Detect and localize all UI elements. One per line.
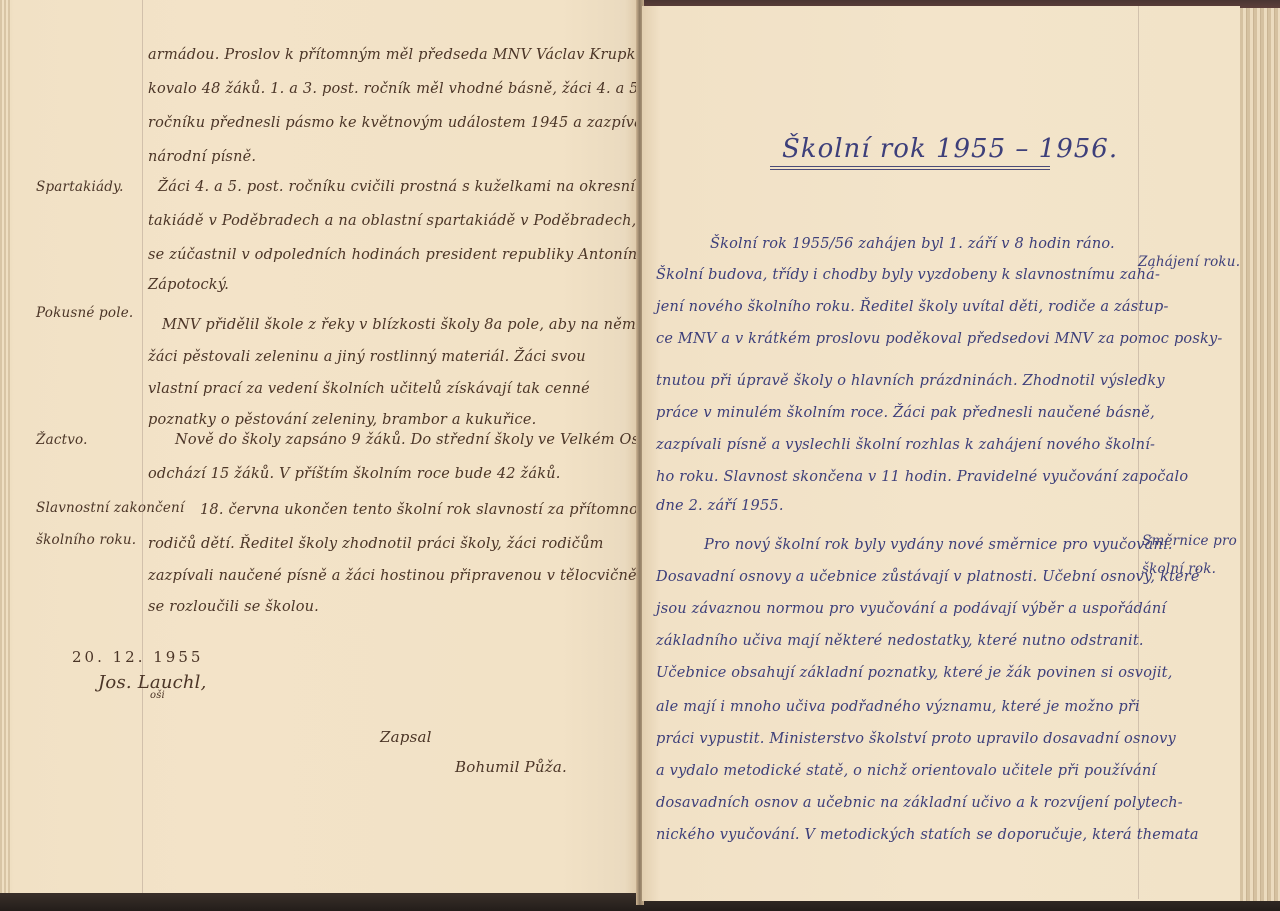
- right-line-13: základního učiva mají některé nedostatky…: [656, 633, 1144, 649]
- left-line-9: MNV přidělil škole z řeky v blízkosti šk…: [162, 317, 636, 333]
- left-line-16: rodičů dětí. Ředitel školy zhodnotil prá…: [148, 536, 604, 552]
- left-line-17: zazpívali naučené písně a žáci hostinou …: [148, 568, 637, 584]
- margin-note-slavnostni-zakonceni: Slavnostní zakončení: [36, 500, 184, 516]
- left-line-6: takiádě v Poděbradech a na oblastní spar…: [148, 213, 638, 229]
- right-line-11: Dosavadní osnovy a učebnice zůstávají v …: [656, 569, 1200, 585]
- right-line-2: Školní budova, třídy i chodby byly vyzdo…: [656, 267, 1160, 283]
- left-line-8: Zápotocký.: [148, 277, 229, 293]
- right-line-19: nického vyučování. V metodických statích…: [656, 827, 1199, 843]
- right-line-7: zazpívali písně a vyslechli školní rozhl…: [656, 437, 1155, 453]
- left-margin-rule: [142, 0, 143, 893]
- right-line-1: Školní rok 1955/56 zahájen byl 1. září v…: [710, 236, 1115, 252]
- left-line-2: kovalo 48 žáků. 1. a 3. post. ročník měl…: [148, 81, 638, 97]
- left-page-stack-edge: [0, 0, 12, 893]
- right-page-stack-edge: [1240, 8, 1280, 901]
- right-line-3: jení nového školního roku. Ředitel školy…: [656, 299, 1169, 315]
- margin-note-skolniho-roku: školního roku.: [36, 532, 136, 548]
- margin-note-zactvo: Žactvo.: [36, 432, 88, 448]
- right-line-10: Pro nový školní rok byly vydány nové smě…: [704, 537, 1173, 553]
- margin-note-spartakiady: Spartakiády.: [36, 179, 124, 195]
- right-line-9: dne 2. září 1955.: [656, 498, 784, 514]
- left-line-4: národní písně.: [148, 149, 256, 165]
- recorded-by-signature: Bohumil Půža.: [455, 758, 567, 776]
- left-line-7: se zúčastnil v odpoledních hodinách pres…: [148, 247, 637, 263]
- right-line-14: Učebnice obsahují základní poznatky, kte…: [656, 665, 1173, 681]
- right-line-17: a vydalo metodické statě, o nichž orient…: [656, 763, 1156, 779]
- left-line-12: poznatky o pěstování zeleniny, brambor a…: [148, 412, 536, 428]
- left-line-10: žáci pěstovali zeleninu a jiný rostlinný…: [148, 349, 586, 365]
- inspection-date: 20. 12. 1955: [72, 648, 203, 666]
- right-line-8: ho roku. Slavnost skončena v 11 hodin. P…: [656, 469, 1188, 485]
- title-underline-1: [770, 166, 1050, 167]
- right-line-6: práce v minulém školním roce. Žáci pak p…: [656, 405, 1155, 421]
- right-line-12: jsou závaznou normou pro vyučování a pod…: [656, 601, 1166, 617]
- margin-note-pokusne-pole: Pokusné pole.: [36, 305, 133, 321]
- inspector-title: oši: [150, 690, 165, 701]
- left-line-15: 18. června ukončen tento školní rok slav…: [200, 502, 638, 518]
- margin-note-smernice: Směrnice pro nový: [1142, 533, 1240, 549]
- title-underline-2: [770, 169, 1050, 170]
- left-line-1: armádou. Proslov k přítomným měl předsed…: [148, 47, 638, 63]
- page-title: Školní rok 1955 – 1956.: [782, 134, 1118, 164]
- right-page: Školní rok 1955 – 1956. Školní rok 1955/…: [642, 6, 1240, 901]
- left-line-18: se rozloučili se školou.: [148, 599, 319, 615]
- left-line-14: odchází 15 žáků. V příštím školním roce …: [148, 466, 561, 482]
- left-line-11: vlastní prací za vedení školních učitelů…: [148, 381, 590, 397]
- right-line-5: tnutou při úpravě školy o hlavních prázd…: [656, 373, 1165, 389]
- right-line-15: ale mají i mnoho učiva podřadného význam…: [656, 699, 1140, 715]
- left-line-13: Nově do školy zapsáno 9 žáků. Do střední…: [175, 432, 638, 448]
- left-page: armádou. Proslov k přítomným měl předsed…: [0, 0, 638, 893]
- left-line-5: Žáci 4. a 5. post. ročníku cvičili prost…: [158, 179, 638, 195]
- recorded-label: Zapsal: [380, 728, 432, 746]
- open-book-spread: armádou. Proslov k přítomným měl předsed…: [0, 0, 1280, 911]
- left-line-3: ročníku přednesli pásmo ke květnovým udá…: [148, 115, 638, 131]
- right-line-16: práci vypustit. Ministerstvo školství pr…: [656, 731, 1176, 747]
- right-line-18: dosavadních osnov a učebnic na základní …: [656, 795, 1183, 811]
- right-line-4: ce MNV a v krátkém proslovu poděkoval př…: [656, 331, 1222, 347]
